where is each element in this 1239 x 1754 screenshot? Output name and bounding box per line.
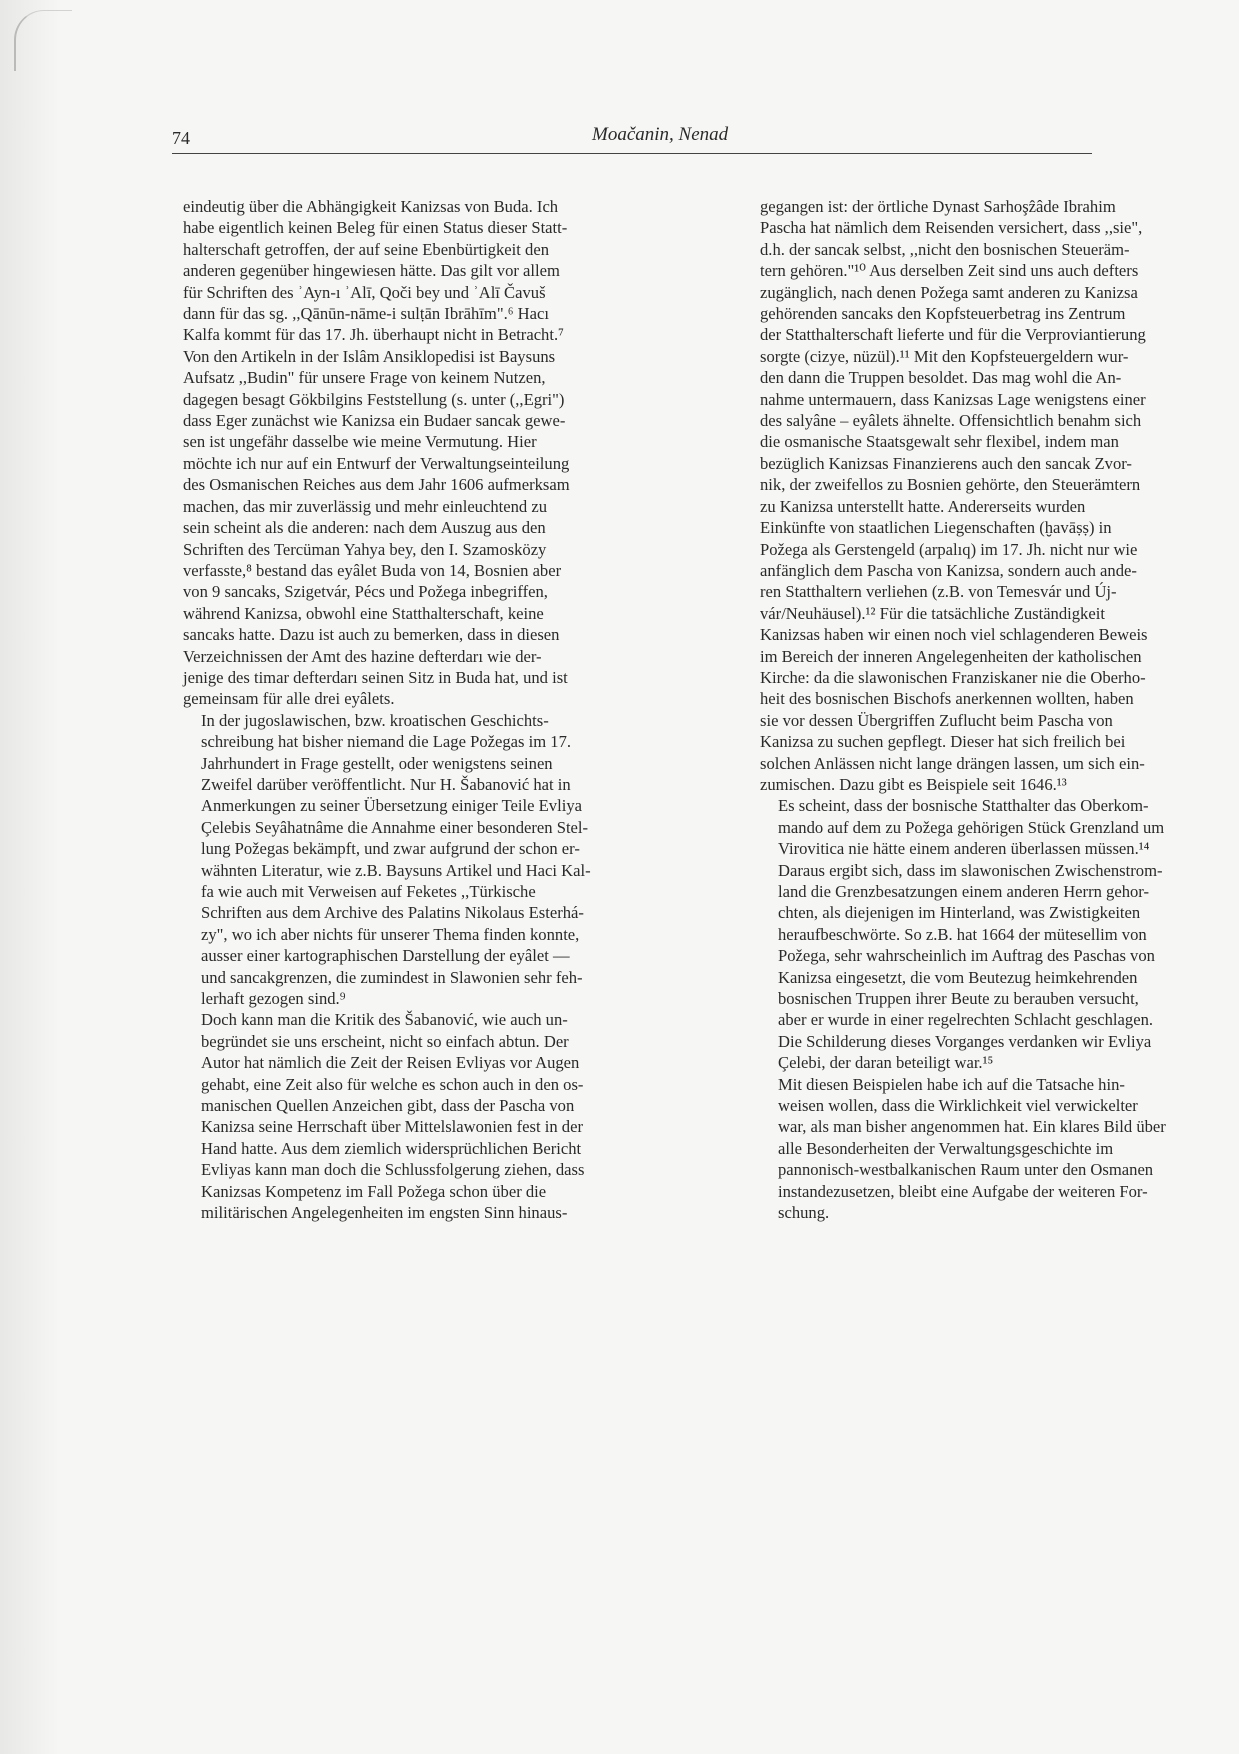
running-head: Moačanin, Nenad bbox=[592, 124, 728, 146]
text-line: Von den Artikeln in der Islâm Ansikloped… bbox=[183, 346, 501, 367]
text-line: Daraus ergibt sich, dass im slawonischen… bbox=[760, 860, 1078, 881]
text-line: aber er wurde in einer regelrechten Schl… bbox=[760, 1009, 1078, 1030]
text-line: d.h. der sancak selbst, ,,nicht den bosn… bbox=[760, 239, 1078, 260]
text-line: Kanizsa seine Herrschaft über Mittelslaw… bbox=[183, 1116, 501, 1137]
left-column: eindeutig über die Abhängigkeit Kanizsas… bbox=[183, 196, 501, 1224]
paragraph: Mit diesen Beispielen habe ich auf die T… bbox=[760, 1074, 1078, 1224]
text-line: instandezusetzen, bleibt eine Aufgabe de… bbox=[760, 1181, 1078, 1202]
text-line: bosnischen Truppen ihrer Beute zu beraub… bbox=[760, 988, 1078, 1009]
text-line: lung Požegas bekämpft, und zwar aufgrund… bbox=[183, 838, 501, 859]
text-line: sie vor dessen Übergriffen Zuflucht beim… bbox=[760, 710, 1078, 731]
text-line: sancaks hatte. Dazu ist auch zu bemerken… bbox=[183, 624, 501, 645]
text-line: Mit diesen Beispielen habe ich auf die T… bbox=[760, 1074, 1078, 1095]
text-line: ren Statthaltern verliehen (z.B. von Tem… bbox=[760, 581, 1078, 602]
text-line: anderen gegenüber hingewiesen hätte. Das… bbox=[183, 260, 501, 281]
text-line: Verzeichnissen der Amt des hazine defter… bbox=[183, 646, 501, 667]
text-line: Aufsatz ,,Budin" für unsere Frage von ke… bbox=[183, 367, 501, 388]
text-line: Autor hat nämlich die Zeit der Reisen Ev… bbox=[183, 1052, 501, 1073]
text-line: und sancakgrenzen, die zumindest in Slaw… bbox=[183, 967, 501, 988]
binding-shadow bbox=[0, 0, 60, 1754]
text-line: bezüglich Kanizsas Finanzierens auch den… bbox=[760, 453, 1078, 474]
text-line: Zweifel darüber veröffentlicht. Nur H. Š… bbox=[183, 774, 501, 795]
text-line: weisen wollen, dass die Wirklichkeit vie… bbox=[760, 1095, 1078, 1116]
text-line: Kirche: da die slawonischen Franziskaner… bbox=[760, 667, 1078, 688]
text-line: eindeutig über die Abhängigkeit Kanizsas… bbox=[183, 196, 501, 217]
text-line: dann für das sg. ,,Qānūn-nāme-i sulṭān I… bbox=[183, 303, 501, 324]
text-line: pannonisch-westbalkanischen Raum unter d… bbox=[760, 1159, 1078, 1180]
text-line: heraufbeschwörte. So z.B. hat 1664 der m… bbox=[760, 924, 1078, 945]
text-line: des salyâne – eyâlets ähnelte. Offensich… bbox=[760, 410, 1078, 431]
text-line: heit des bosnischen Bischofs anerkennen … bbox=[760, 688, 1078, 709]
text-line: land die Grenzbesatzungen einem anderen … bbox=[760, 881, 1078, 902]
paragraph: eindeutig über die Abhängigkeit Kanizsas… bbox=[183, 196, 501, 710]
text-line: wähnten Literatur, wie z.B. Baysuns Arti… bbox=[183, 860, 501, 881]
text-line: nahme untermauern, dass Kanizsas Lage we… bbox=[760, 389, 1078, 410]
text-line: Çelebis Seyâhatnâme die Annahme einer be… bbox=[183, 817, 501, 838]
text-line: alle Besonderheiten der Verwaltungsgesch… bbox=[760, 1138, 1078, 1159]
text-line: lerhaft gezogen sind.⁹ bbox=[183, 988, 501, 1009]
text-line: Virovitica nie hätte einem anderen überl… bbox=[760, 838, 1078, 859]
text-line: Hand hatte. Aus dem ziemlich widersprüch… bbox=[183, 1138, 501, 1159]
text-line: habe eigentlich keinen Beleg für einen S… bbox=[183, 217, 501, 238]
text-line: anfänglich dem Pascha von Kanizsa, sonde… bbox=[760, 560, 1078, 581]
text-line: des Osmanischen Reiches aus dem Jahr 160… bbox=[183, 474, 501, 495]
paragraph: Doch kann man die Kritik des Šabanović, … bbox=[183, 1009, 501, 1223]
text-line: schung. bbox=[760, 1202, 1078, 1223]
header-rule bbox=[172, 153, 1092, 154]
text-line: Evliyas kann man doch die Schlussfolgeru… bbox=[183, 1159, 501, 1180]
text-line: mando auf dem zu Požega gehörigen Stück … bbox=[760, 817, 1078, 838]
text-line: zy", wo ich aber nichts für unserer Them… bbox=[183, 924, 501, 945]
text-line: sorgte (cizye, nüzül).¹¹ Mit den Kopfste… bbox=[760, 346, 1078, 367]
text-line: manischen Quellen Anzeichen gibt, dass d… bbox=[183, 1095, 501, 1116]
text-line: gehörenden sancaks den Kopfsteuerbetrag … bbox=[760, 303, 1078, 324]
text-line: Schriften aus dem Archive des Palatins N… bbox=[183, 902, 501, 923]
text-line: Požega, sehr wahrscheinlich im Auftrag d… bbox=[760, 945, 1078, 966]
text-line: halterschaft getroffen, der auf seine Eb… bbox=[183, 239, 501, 260]
text-line: sein scheint als die anderen: nach dem A… bbox=[183, 517, 501, 538]
text-line: von 9 sancaks, Szigetvár, Pécs und Požeg… bbox=[183, 581, 501, 602]
text-line: jenige des timar defterdarı seinen Sitz … bbox=[183, 667, 501, 688]
paragraph: Es scheint, dass der bosnische Statthalt… bbox=[760, 795, 1078, 1073]
text-line: im Bereich der inneren Angelegenheiten d… bbox=[760, 646, 1078, 667]
text-line: dass Eger zunächst wie Kanizsa ein Budae… bbox=[183, 410, 501, 431]
page-header: 74 Moačanin, Nenad bbox=[172, 124, 1092, 164]
paragraph: gegangen ist: der örtliche Dynast Sarhoş… bbox=[760, 196, 1078, 795]
text-line: zumischen. Dazu gibt es Beispiele seit 1… bbox=[760, 774, 1078, 795]
scanned-page: 74 Moačanin, Nenad eindeutig über die Ab… bbox=[0, 0, 1239, 1754]
text-line: solchen Anlässen nicht lange drängen las… bbox=[760, 753, 1078, 774]
text-line: Einkünfte von staatlichen Liegenschaften… bbox=[760, 517, 1078, 538]
text-line: dagegen besagt Gökbilgins Feststellung (… bbox=[183, 389, 501, 410]
text-line: Çelebi, der daran beteiligt war.¹⁵ bbox=[760, 1052, 1078, 1073]
text-line: Es scheint, dass der bosnische Statthalt… bbox=[760, 795, 1078, 816]
text-line: tern gehören."¹⁰ Aus derselben Zeit sind… bbox=[760, 260, 1078, 281]
text-line: Kanizsa eingesetzt, die vom Beutezug hei… bbox=[760, 967, 1078, 988]
text-line: den dann die Truppen besoldet. Das mag w… bbox=[760, 367, 1078, 388]
text-line: In der jugoslawischen, bzw. kroatischen … bbox=[183, 710, 501, 731]
text-line: während Kanizsa, obwohl eine Statthalter… bbox=[183, 603, 501, 624]
text-line: machen, das mir zuverlässig und mehr ein… bbox=[183, 496, 501, 517]
text-line: Kanizsas haben wir einen noch viel schla… bbox=[760, 624, 1078, 645]
scan-corner-mark bbox=[14, 10, 72, 71]
text-line: möchte ich nur auf ein Entwurf der Verwa… bbox=[183, 453, 501, 474]
text-line: der Statthalterschaft lieferte und für d… bbox=[760, 324, 1078, 345]
text-line: zu Kanizsa unterstellt hatte. Anderersei… bbox=[760, 496, 1078, 517]
text-line: Anmerkungen zu seiner Übersetzung einige… bbox=[183, 795, 501, 816]
text-line: schreibung hat bisher niemand die Lage P… bbox=[183, 731, 501, 752]
paragraph: In der jugoslawischen, bzw. kroatischen … bbox=[183, 710, 501, 1010]
text-line: sen ist ungefähr dasselbe wie meine Verm… bbox=[183, 431, 501, 452]
text-line: gegangen ist: der örtliche Dynast Sarhoş… bbox=[760, 196, 1078, 217]
text-line: gemeinsam für alle drei eyâlets. bbox=[183, 688, 501, 709]
right-column: gegangen ist: der örtliche Dynast Sarhoş… bbox=[760, 196, 1078, 1224]
text-line: begründet sie uns erscheint, nicht so ei… bbox=[183, 1031, 501, 1052]
text-line: gehabt, eine Zeit also für welche es sch… bbox=[183, 1074, 501, 1095]
text-line: war, als man bisher angenommen hat. Ein … bbox=[760, 1116, 1078, 1137]
text-line: Kalfa kommt für das 17. Jh. überhaupt ni… bbox=[183, 324, 501, 345]
text-line: verfasste,⁸ bestand das eyâlet Buda von … bbox=[183, 560, 501, 581]
text-line: für Schriften des ʾAyn-ı ʾAlī, Qoči bey … bbox=[183, 282, 501, 303]
text-line: Pascha hat nämlich dem Reisenden versich… bbox=[760, 217, 1078, 238]
text-line: fa wie auch mit Verweisen auf Feketes ,,… bbox=[183, 881, 501, 902]
text-line: Schriften des Tercüman Yahya bey, den I.… bbox=[183, 539, 501, 560]
text-line: nik, der zweifellos zu Bosnien gehörte, … bbox=[760, 474, 1078, 495]
text-line: Doch kann man die Kritik des Šabanović, … bbox=[183, 1009, 501, 1030]
text-line: die osmanische Staatsgewalt sehr flexibe… bbox=[760, 431, 1078, 452]
text-line: Jahrhundert in Frage gestellt, oder weni… bbox=[183, 753, 501, 774]
text-line: Kanizsas Kompetenz im Fall Požega schon … bbox=[183, 1181, 501, 1202]
text-line: zugänglich, nach denen Požega samt ander… bbox=[760, 282, 1078, 303]
text-line: militärischen Angelegenheiten im engsten… bbox=[183, 1202, 501, 1223]
page-number: 74 bbox=[172, 128, 190, 149]
text-line: chten, als diejenigen im Hinterland, was… bbox=[760, 902, 1078, 923]
text-line: vár/Neuhäusel).¹² Für die tatsächliche Z… bbox=[760, 603, 1078, 624]
text-line: Kanizsa zu suchen gepflegt. Dieser hat s… bbox=[760, 731, 1078, 752]
text-line: Die Schilderung dieses Vorganges verdank… bbox=[760, 1031, 1078, 1052]
text-line: Požega als Gerstengeld (arpalıq) im 17. … bbox=[760, 539, 1078, 560]
text-line: ausser einer kartographischen Darstellun… bbox=[183, 945, 501, 966]
